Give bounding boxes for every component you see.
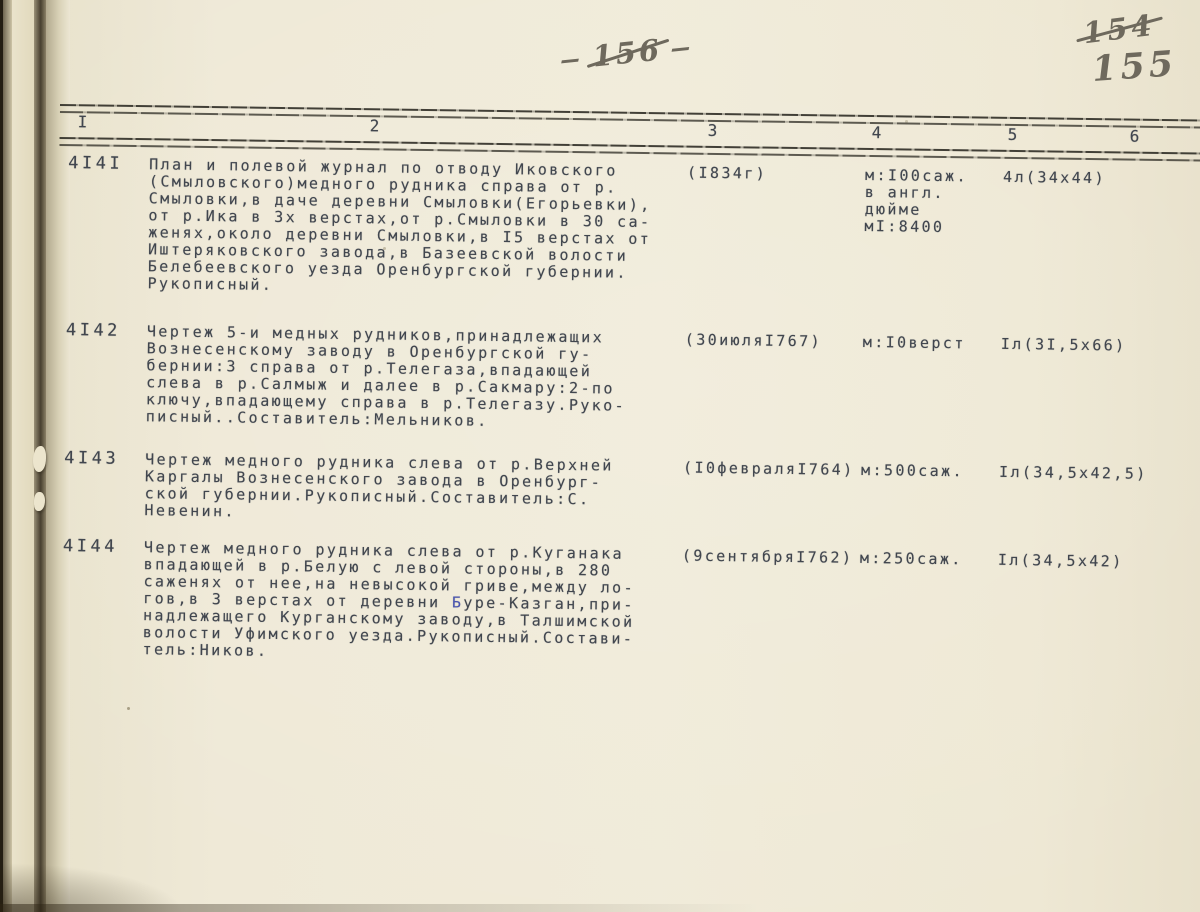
column-header-2: 2 — [370, 117, 382, 134]
column-header-6: 6 — [1130, 128, 1142, 145]
entry-description: Чертеж медного рудника слева от р.Верхне… — [144, 451, 690, 526]
pencil-dash: – — [557, 43, 586, 74]
catalog-entry: 4I42Чертеж 5-и медных рудников,принадлеж… — [57, 322, 1200, 338]
column-header-5: 5 — [1008, 126, 1020, 143]
typed-text: Невенин. — [144, 501, 236, 520]
entry-description: Чертеж медного рудника слева от р.Кугана… — [142, 539, 689, 665]
entry-number: 4I43 — [64, 450, 119, 468]
entry-number: 4I42 — [66, 322, 121, 340]
underlying-page-edge — [12, 0, 34, 912]
crossed-out-number: 156 — [588, 32, 667, 74]
entry-date: (9сентябряI762) — [682, 548, 854, 567]
entry-description: План и полевой журнал по отводу Иковског… — [147, 156, 694, 299]
entry-scale-line: мI:8400 — [864, 218, 967, 236]
entry-scale-line: м:I0верст — [863, 334, 966, 352]
entry-number: 4I44 — [63, 538, 118, 556]
typed-text: писный..Составитель:Мельников. — [146, 407, 489, 430]
entry-description: Чертеж 5-и медных рудников,принадлежащих… — [146, 323, 692, 432]
entry-sheets: 4л(34х44) — [1003, 169, 1106, 187]
bottom-left-shadow — [0, 822, 320, 912]
entry-sheets: Iл(34,5х42) — [998, 552, 1124, 571]
catalog-entry: 4I43Чертеж медного рудника слева от р.Ве… — [55, 450, 1200, 466]
handwritten-new-folio-number: 155 — [1091, 43, 1179, 90]
table-header-rule-top — [60, 104, 1200, 129]
typed-text: Рукописный. — [147, 274, 273, 294]
entry-scale-line: м:500саж. — [861, 462, 964, 480]
handwritten-page-number-center: –156– — [553, 28, 702, 77]
column-header-3: 3 — [708, 122, 720, 139]
entry-scale: м:500саж. — [861, 462, 964, 480]
entry-date: (30июляI767) — [685, 332, 822, 351]
scanned-archive-page: –156– 154 155 I 2 3 4 5 6 4I4IПлан и пол… — [0, 0, 1200, 912]
entry-date: (I834г) — [687, 165, 767, 183]
entry-sheets: Iл(3I,5х66) — [1001, 336, 1127, 355]
typed-text: тель:Ников. — [142, 640, 268, 660]
catalog-table: I 2 3 4 5 6 4I4IПлан и полевой журнал по… — [50, 104, 1200, 840]
catalog-entry: 4I44Чертеж медного рудника слева от р.Ку… — [54, 538, 1200, 554]
entry-scale: м:I00саж.в англ.дюймемI:8400 — [864, 167, 968, 236]
bottom-edge-shadow — [0, 904, 760, 912]
pencil-dash: – — [668, 31, 697, 62]
entry-sheets: Iл(34,5х42,5) — [999, 464, 1148, 483]
entry-scale: м:I0верст — [863, 334, 966, 352]
entry-scale: м:250саж. — [860, 550, 963, 568]
binding-edge-strip — [3, 0, 12, 912]
entry-number: 4I4I — [68, 155, 123, 173]
column-header-1: I — [78, 113, 90, 130]
ink-correction: Б — [452, 593, 464, 611]
column-header-4: 4 — [872, 124, 884, 141]
entry-date: (I0февраляI764) — [683, 460, 855, 479]
entry-scale-line: м:250саж. — [860, 550, 963, 568]
